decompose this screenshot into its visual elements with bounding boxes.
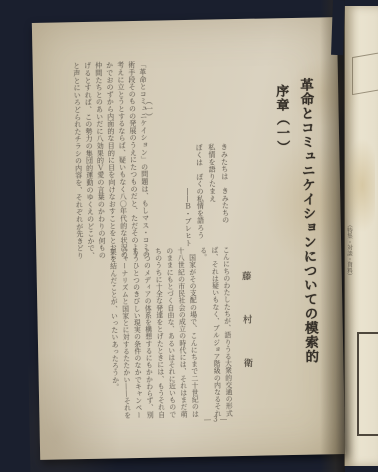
page-number: ― 3 ― xyxy=(183,415,247,424)
page-title: 革命とコミュニケイションについての模索的 xyxy=(295,78,321,378)
body-upper-block: 「革命とコミュニケイション」の問題は、もしマス・コミの 術手段そのものの発展のう… xyxy=(68,61,152,268)
spine-gap-shadow xyxy=(331,0,345,55)
facing-page-margin-note: （特集・対談・資料） xyxy=(345,222,352,326)
page-subtitle: 序章（一） xyxy=(271,84,293,224)
author-name: 藤村衛 xyxy=(238,271,255,406)
facing-page-bottom-box xyxy=(357,332,378,436)
body-lower-block: こんにちのわたしたちが、語りうる大衆的交通の形式 ば、それは疑いもなく、ブルジョ… xyxy=(102,246,234,432)
book-page: 革命とコミュニケイションについての模索的 序章（一） 藤村衛 きみたちは きみた… xyxy=(32,17,345,460)
facing-page-top-box xyxy=(352,51,378,95)
photo-backdrop: （特集・対談・資料） 革命とコミュニケイションについての模索的 序章（一） 藤村… xyxy=(0,0,378,472)
